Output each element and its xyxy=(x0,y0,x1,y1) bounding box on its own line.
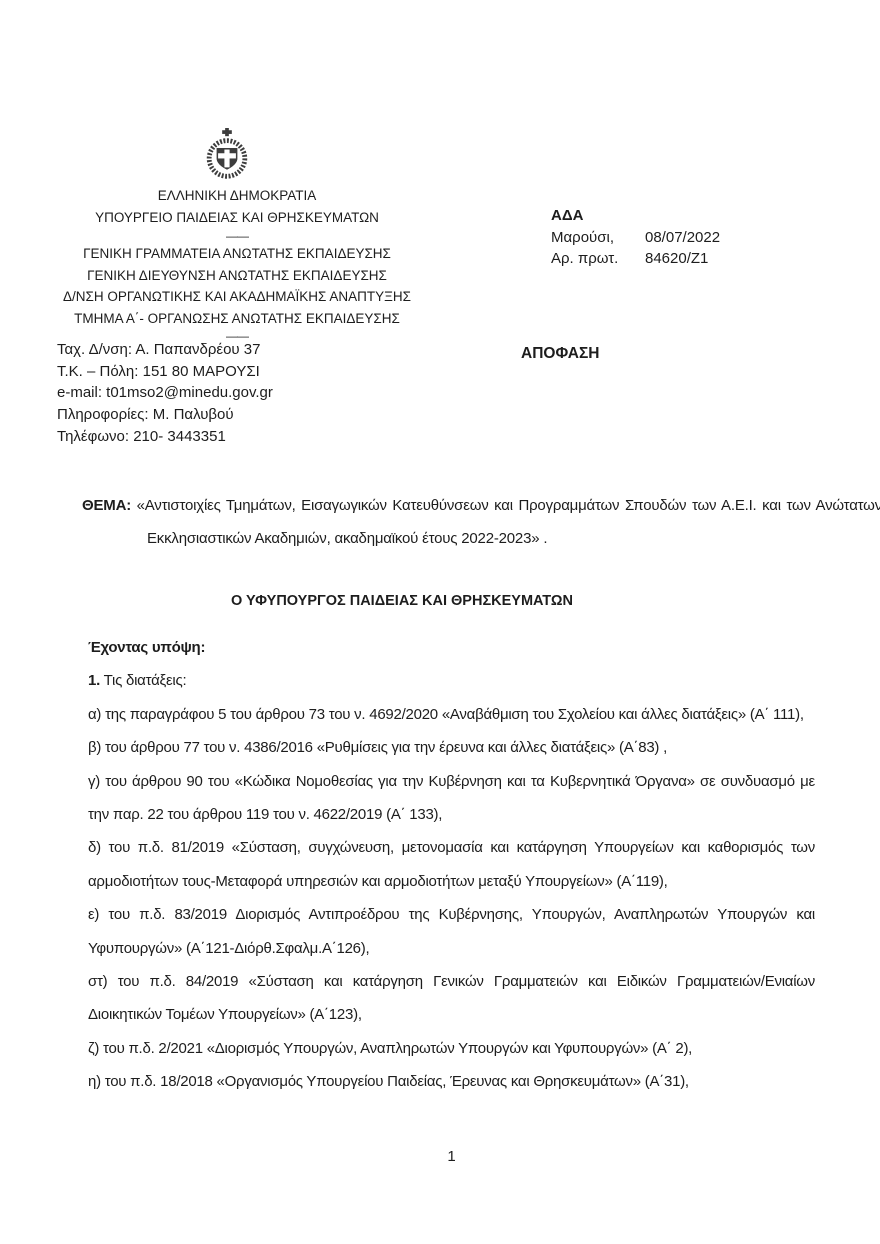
document-page: ΕΛΛΗΝΙΚΗ ΔΗΜΟΚΡΑΤΙΑ ΥΠΟΥΡΓΕΙΟ ΠΑΙΔΕΙΑΣ Κ… xyxy=(0,0,880,1244)
provision-paragraph-d: δ) του π.δ. 81/2019 «Σύσταση, συγχώνευση… xyxy=(88,831,815,898)
document-meta: ΑΔΑ Μαρούσι, 08/07/2022 Αρ. πρωτ. 84620/… xyxy=(551,205,811,270)
org-line-directorate: Δ/ΝΣΗ ΟΡΓΑΝΩΤΙΚΗΣ ΚΑΙ ΑΚΑΔΗΜΑΪΚΗΣ ΑΝΑΠΤΥ… xyxy=(57,286,417,308)
place-label: Μαρούσι, xyxy=(551,227,645,249)
republic-title: ΕΛΛΗΝΙΚΗ ΔΗΜΟΚΡΑΤΙΑ xyxy=(57,185,417,207)
org-line-department: ΤΜΗΜΑ Α΄- ΟΡΓΑΝΩΣΗΣ ΑΝΩΤΑΤΗΣ ΕΚΠΑΙΔΕΥΣΗΣ xyxy=(57,308,417,330)
ministry-title: ΥΠΟΥΡΓΕΙΟ ΠΑΙΔΕΙΑΣ ΚΑΙ ΘΡΗΣΚΕΥΜΑΤΩΝ xyxy=(57,207,417,229)
org-line-directorate-general: ΓΕΝΙΚΗ ΔΙΕΥΘΥΝΣΗ ΑΝΩΤΑΤΗΣ ΕΚΠΑΙΔΕΥΣΗΣ xyxy=(57,265,417,287)
item-1-line: 1. Τις διατάξεις: xyxy=(88,664,815,697)
information-contact: Πληροφορίες: Μ. Παλυβού xyxy=(57,404,273,426)
provision-paragraph-st: στ) του π.δ. 84/2019 «Σύσταση και κατάργ… xyxy=(88,965,815,1032)
provision-paragraph-z: ζ) του π.δ. 2/2021 «Διορισμός Υπουργών, … xyxy=(88,1032,815,1065)
provision-paragraph-a: α) της παραγράφου 5 του άρθρου 73 του ν.… xyxy=(88,698,815,731)
having-regard-line: Έχοντας υπόψη: xyxy=(88,631,815,664)
telephone: Τηλέφωνο: 210- 3443351 xyxy=(57,426,273,448)
provision-paragraph-b: β) του άρθρου 77 του ν. 4386/2016 «Ρυθμί… xyxy=(88,731,815,764)
subject-paragraph: ΘΕΜΑ: «Αντιστοιχίες Τμημάτων, Εισαγωγικώ… xyxy=(82,489,880,555)
item-1-text: Τις διατάξεις: xyxy=(100,672,186,689)
email-address: e-mail: t01mso2@minedu.gov.gr xyxy=(57,382,273,404)
provision-paragraph-h: η) του π.δ. 18/2018 «Οργανισμός Υπουργεί… xyxy=(88,1065,815,1098)
provision-paragraph-e: ε) του π.δ. 83/2019 Διορισμός Αντιπροέδρ… xyxy=(88,898,815,965)
greek-coat-of-arms-icon xyxy=(203,128,251,180)
org-line-secretariat: ΓΕΝΙΚΗ ΓΡΑΜΜΑΤΕΙΑ ΑΝΩΤΑΤΗΣ ΕΚΠΑΙΔΕΥΣΗΣ xyxy=(57,243,417,265)
page-number: 1 xyxy=(88,1146,815,1168)
document-body: Έχοντας υπόψη: 1. Τις διατάξεις: α) της … xyxy=(88,631,815,1099)
ada-label: ΑΔΑ xyxy=(551,205,811,227)
divider: —— xyxy=(57,229,417,243)
letterhead: ΕΛΛΗΝΙΚΗ ΔΗΜΟΚΡΑΤΙΑ ΥΠΟΥΡΓΕΙΟ ΠΑΙΔΕΙΑΣ Κ… xyxy=(57,128,417,343)
subject-label: ΘΕΜΑ: xyxy=(82,497,131,514)
decision-label: ΑΠΟΦΑΣΗ xyxy=(521,345,599,363)
subject-text: «Αντιστοιχίες Τμημάτων, Εισαγωγικών Κατε… xyxy=(131,497,880,547)
date-row: Μαρούσι, 08/07/2022 xyxy=(551,227,811,249)
document-date: 08/07/2022 xyxy=(645,227,811,249)
protocol-row: Αρ. πρωτ. 84620/Ζ1 xyxy=(551,248,811,270)
protocol-number: 84620/Ζ1 xyxy=(645,248,811,270)
postal-address: Ταχ. Δ/νση: Α. Παπανδρέου 37 xyxy=(57,339,273,361)
contact-block: Ταχ. Δ/νση: Α. Παπανδρέου 37 Τ.Κ. – Πόλη… xyxy=(57,339,273,448)
item-1-number: 1. xyxy=(88,672,100,689)
protocol-label: Αρ. πρωτ. xyxy=(551,248,645,270)
postal-code-city: Τ.Κ. – Πόλη: 151 80 ΜΑΡΟΥΣΙ xyxy=(57,361,273,383)
provision-paragraph-c: γ) του άρθρου 90 του «Κώδικα Νομοθεσίας … xyxy=(88,765,815,832)
deputy-minister-heading: Ο ΥΦΥΠΟΥΡΓΟΣ ΠΑΙΔΕΙΑΣ ΚΑΙ ΘΡΗΣΚΕΥΜΑΤΩΝ xyxy=(88,585,716,618)
